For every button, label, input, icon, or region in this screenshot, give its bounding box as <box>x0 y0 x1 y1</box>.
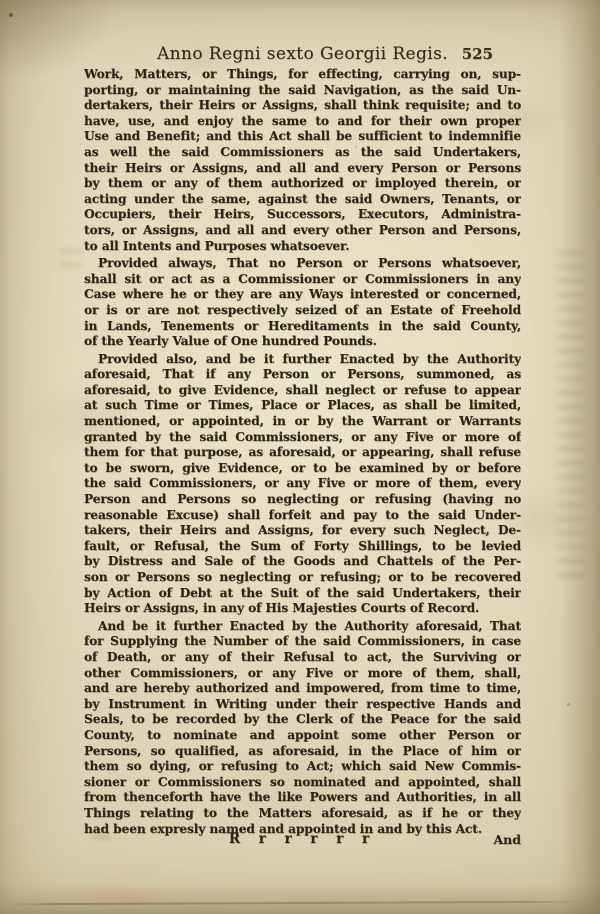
page-number: 525 <box>462 45 493 63</box>
text-line: Persons, so qualified, as aforesaid, in … <box>84 744 521 760</box>
text-line: granted by the said Commissioners, or an… <box>84 430 521 446</box>
text-line: aforesaid, That if any Person or Persons… <box>84 367 521 383</box>
text-line: their Heirs or Assigns, and all and ever… <box>84 161 521 177</box>
text-line: Provided also, and be it further Enacted… <box>84 352 521 368</box>
ink-speck <box>9 13 13 17</box>
text-line: and are hereby authorized and impowered,… <box>84 681 521 697</box>
text-line: of the Yearly Value of One hundred Pound… <box>84 334 521 350</box>
text-line: Case where he or they are any Ways inter… <box>84 287 521 303</box>
scanned-page: Anno Regni sexto Georgii Regis. 525 Work… <box>0 0 600 914</box>
text-line: by them or any of them authorized or imp… <box>84 176 521 192</box>
text-line: in Lands, Tenements or Hereditaments in … <box>84 319 521 335</box>
text-line: Things relating to the Matters aforesaid… <box>84 806 521 822</box>
text-line: takers, their Heirs and Assigns, for eve… <box>84 523 521 539</box>
text-line: for Supplying the Number of the said Com… <box>84 634 521 650</box>
text-line: them for that purpose, as aforesaid, or … <box>84 445 521 461</box>
text-line: by Instrument in Writing under their res… <box>84 697 521 713</box>
show-through-right <box>556 250 586 580</box>
text-line: reasonable Excuse) shall forfeit and pay… <box>84 508 521 524</box>
text-line: Use and Benefit; and this Act shall be s… <box>84 129 521 145</box>
text-line: by Distress and Sale of the Goods and Ch… <box>84 554 521 570</box>
text-line: fault, or Refusal, the Sum of Forty Shil… <box>84 539 521 555</box>
text-line: County, to nominate and appoint some oth… <box>84 728 521 744</box>
page-footer: R r r r r r And <box>84 831 521 849</box>
page-header: Anno Regni sexto Georgii Regis. 525 <box>84 44 521 66</box>
ink-speck <box>567 703 570 706</box>
paragraph: Provided always, That no Person or Perso… <box>84 256 521 350</box>
signature-mark: R r r r r r <box>84 831 521 847</box>
text-line: Person and Persons so neglecting or refu… <box>84 492 521 508</box>
text-line: to all Intents and Purposes whatsoever. <box>84 239 521 255</box>
text-line: porting, or maintaining the said Navigat… <box>84 83 521 99</box>
text-line: have, use, and enjoy the same to and for… <box>84 114 521 130</box>
text-line: aforesaid, to give Evidence, shall negle… <box>84 383 521 399</box>
text-line: Heirs or Assigns, in any of His Majestie… <box>84 601 521 617</box>
text-line: or is or are not respectively seized of … <box>84 303 521 319</box>
text-line: at such Time or Times, Place or Places, … <box>84 398 521 414</box>
text-line: by Action of Debt at the Suit of the sai… <box>84 586 521 602</box>
paragraph: Work, Matters, or Things, for effecting,… <box>84 67 521 254</box>
text-line: son or Persons so neglecting or refusing… <box>84 570 521 586</box>
text-line: acting under the same, against the said … <box>84 192 521 208</box>
text-line: them so dying, or refusing to Act; which… <box>84 759 521 775</box>
text-line: dertakers, their Heirs or Assigns, shall… <box>84 98 521 114</box>
text-line: the said Commissioners, or any Five or m… <box>84 476 521 492</box>
text-line: Provided always, That no Person or Perso… <box>84 256 521 272</box>
text-line: to be sworn, give Evidence, or to be exa… <box>84 461 521 477</box>
text-line: And be it further Enacted by the Authori… <box>84 619 521 635</box>
text-line: Work, Matters, or Things, for effecting,… <box>84 67 521 83</box>
running-title: Anno Regni sexto Georgii Regis. <box>84 44 521 64</box>
paragraph: And be it further Enacted by the Authori… <box>84 619 521 837</box>
text-block: Work, Matters, or Things, for effecting,… <box>84 67 521 839</box>
text-line: mentioned, or appointed, in or by the Wa… <box>84 414 521 430</box>
text-line: from thenceforth have the like Powers an… <box>84 790 521 806</box>
catchword: And <box>493 832 521 847</box>
text-line: tors, or Assigns, and all and every othe… <box>84 223 521 239</box>
paragraph: Provided also, and be it further Enacted… <box>84 352 521 617</box>
show-through-left <box>60 248 82 272</box>
text-line: as well the said Commissioners as the sa… <box>84 145 521 161</box>
text-line: Occupiers, their Heirs, Successors, Exec… <box>84 207 521 223</box>
text-line: other Commissioners, or any Five or more… <box>84 666 521 682</box>
right-edge-shadow <box>560 0 600 914</box>
text-line: of Death, or any of their Refusal to act… <box>84 650 521 666</box>
text-line: shall sit or act as a Commissioner or Co… <box>84 272 521 288</box>
text-line: Seals, to be recorded by the Clerk of th… <box>84 712 521 728</box>
text-line: sioner or Commissioners so nominated and… <box>84 775 521 791</box>
